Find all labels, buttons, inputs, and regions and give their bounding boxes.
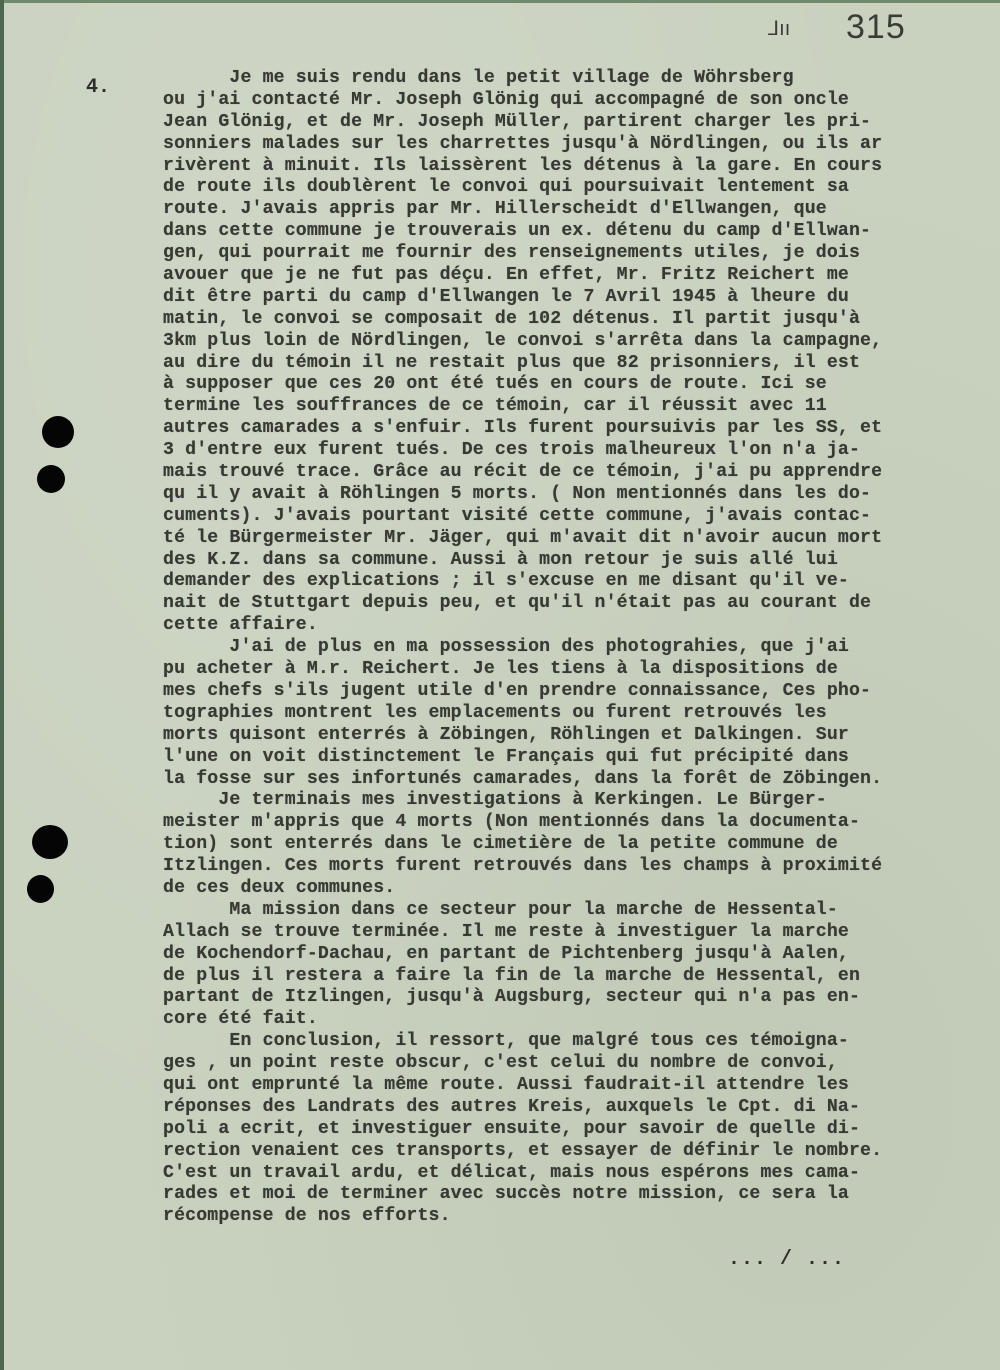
page-number: 315	[846, 8, 906, 47]
text-line: meister m'appris que 4 morts (Non mentio…	[163, 812, 993, 834]
text-line: pu acheter à M.r. Reichert. Je les tiens…	[163, 659, 993, 681]
text-line: 3km plus loin de Nördlingen, le convoi s…	[163, 331, 993, 353]
text-line: de plus il restera a faire la fin de la …	[163, 966, 993, 988]
text-line: tion) sont enterrés dans le cimetière de…	[163, 834, 993, 856]
text-line: dit être parti du camp d'Ellwangen le 7 …	[163, 287, 993, 309]
text-line: cette affaire.	[163, 615, 993, 637]
text-line: réponses des Landrats des autres Kreis, …	[163, 1097, 993, 1119]
text-line: récompense de nos efforts.	[163, 1206, 993, 1228]
scan-top-edge	[0, 0, 1000, 3]
text-line: autres camarades a s'enfuir. Ils furent …	[163, 418, 993, 440]
text-line: C'est un travail ardu, et délicat, mais …	[163, 1163, 993, 1185]
text-line: En conclusion, il ressort, que malgré to…	[163, 1031, 993, 1053]
text-line: Je terminais mes investigations à Kerkin…	[163, 790, 993, 812]
text-line: gen, qui pourrait me fournir des renseig…	[163, 243, 993, 265]
text-line: J'ai de plus en ma possession des photog…	[163, 637, 993, 659]
text-line: tographies montrent les emplacements ou …	[163, 703, 993, 725]
text-line: de ces deux communes.	[163, 878, 993, 900]
text-line: ges , un point reste obscur, c'est celui…	[163, 1053, 993, 1075]
punch-hole-icon	[32, 825, 68, 859]
text-line: de route ils doublèrent le convoi qui po…	[163, 177, 993, 199]
text-line: 3 d'entre eux furent tués. De ces trois …	[163, 440, 993, 462]
text-line: avouer que je ne fut pas déçu. En effet,…	[163, 265, 993, 287]
text-line: rades et moi de terminer avec succès not…	[163, 1184, 993, 1206]
text-line: route. J'avais appris par Mr. Hillersche…	[163, 199, 993, 221]
text-line: té le Bürgermeister Mr. Jäger, qui m'ava…	[163, 528, 993, 550]
text-line: mais trouvé trace. Grâce au récit de ce …	[163, 462, 993, 484]
document-page: ⅃ıı 315 4. Je me suis rendu dans le peti…	[0, 0, 1000, 1370]
text-line: l'une on voit distinctement le Français …	[163, 747, 993, 769]
text-line: à supposer que ces 20 ont été tués en co…	[163, 374, 993, 396]
text-line: Itzlingen. Ces morts furent retrouvés da…	[163, 856, 993, 878]
text-line: rivèrent à minuit. Ils laissèrent les dé…	[163, 156, 993, 178]
text-line: cuments). J'avais pourtant visité cette …	[163, 506, 993, 528]
punch-hole-icon	[42, 416, 74, 448]
text-line: mes chefs s'ils jugent utile d'en prendr…	[163, 681, 993, 703]
text-line: sonniers malades sur les charrettes jusq…	[163, 134, 993, 156]
text-line: rection venaient ces transports, et essa…	[163, 1141, 993, 1163]
text-line: Ma mission dans ce secteur pour la march…	[163, 900, 993, 922]
text-line: Je me suis rendu dans le petit village d…	[163, 68, 993, 90]
text-line: qui ont emprunté la même route. Aussi fa…	[163, 1075, 993, 1097]
text-line: ou j'ai contacté Mr. Joseph Glönig qui a…	[163, 90, 993, 112]
text-line: partant de Itzlingen, jusqu'à Augsburg, …	[163, 987, 993, 1009]
text-line: des K.Z. dans sa commune. Aussi à mon re…	[163, 550, 993, 572]
typewritten-body: Je me suis rendu dans le petit village d…	[163, 68, 993, 1228]
text-line: Allach se trouve terminée. Il me reste à…	[163, 922, 993, 944]
text-line: Jean Glönig, et de Mr. Joseph Müller, pa…	[163, 112, 993, 134]
text-line: matin, le convoi se composait de 102 dét…	[163, 309, 993, 331]
text-line: qu il y avait à Röhlingen 5 morts. ( Non…	[163, 484, 993, 506]
text-line: de Kochendorf-Dachau, en partant de Pich…	[163, 944, 993, 966]
text-line: la fosse sur ses infortunés camarades, d…	[163, 769, 993, 791]
text-line: morts quisont enterrés à Zöbingen, Röhli…	[163, 725, 993, 747]
section-number: 4.	[86, 76, 110, 99]
text-line: poli a ecrit, et investiguer ensuite, po…	[163, 1119, 993, 1141]
continuation-mark: ... / ...	[728, 1248, 845, 1271]
scan-left-edge	[0, 0, 4, 1370]
text-line: core été fait.	[163, 1009, 993, 1031]
text-line: termine les souffrances de ce témoin, ca…	[163, 396, 993, 418]
text-line: nait de Stuttgart depuis peu, et qu'il n…	[163, 593, 993, 615]
punch-hole-icon	[37, 465, 65, 493]
text-line: au dire du témoin il ne restait plus que…	[163, 353, 993, 375]
punch-hole-icon	[27, 875, 54, 903]
page-mark: ⅃ıı	[768, 16, 790, 41]
text-line: dans cette commune je trouverais un ex. …	[163, 221, 993, 243]
text-line: demander des explications ; il s'excuse …	[163, 571, 993, 593]
